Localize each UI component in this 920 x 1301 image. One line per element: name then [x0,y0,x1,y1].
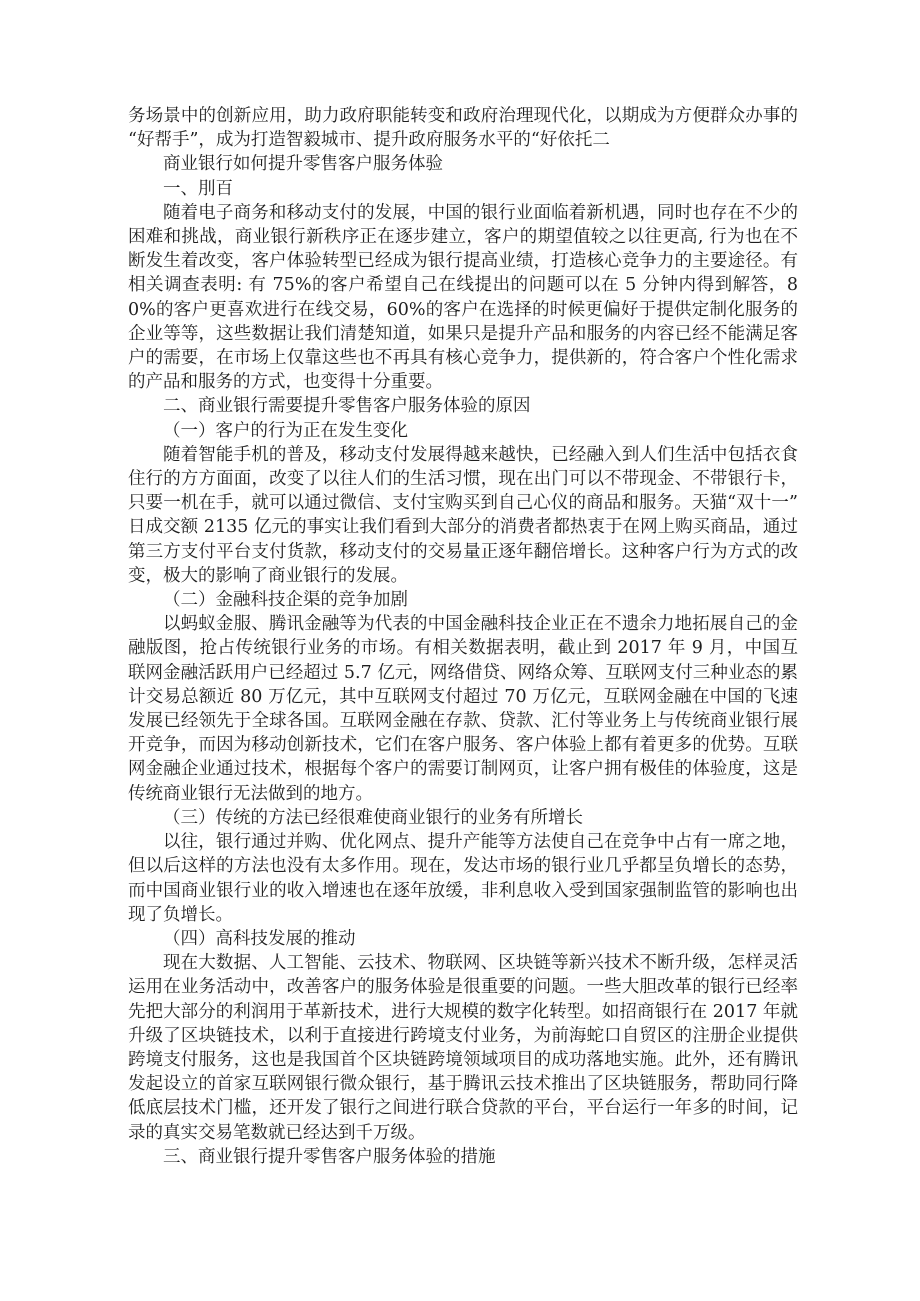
section-heading: 三、商业银行提升零售客户服务体验的措施 [128,1145,798,1169]
subsection-heading: （四）高科技发展的推动 [128,927,798,951]
section-heading: 二、商业银行需要提升零售客户服务体验的原因 [128,394,798,418]
subsection-heading: （一）客户的行为正在发生变化 [128,419,798,443]
paragraph-continuation: 务场景中的创新应用，助力政府职能转变和政府治理现代化，以期成为方便群众办事的“好… [128,104,798,152]
paragraph: 以往，银行通过并购、优化网点、提升产能等方法使自己在竞争中占有一席之地，但以后这… [128,830,798,927]
paragraph: 以蚂蚁金服、腾讯金融等为代表的中国金融科技企业正在不遗余力地拓展自己的金融版图，… [128,612,798,806]
document-title: 商业银行如何提升零售客户服务体验 [128,152,798,176]
paragraph: 随着智能手机的普及，移动支付发展得越来越快，已经融入到人们生活中包括衣食住行的方… [128,443,798,588]
paragraph: 现在大数据、人工智能、云技术、物联网、区块链等新兴技术不断升级，怎样灵活运用在业… [128,951,798,1145]
subsection-heading: （三）传统的方法已经很难使商业银行的业务有所增长 [128,806,798,830]
paragraph: 随着电子商务和移动支付的发展，中国的银行业面临着新机遇，同时也存在不少的困难和挑… [128,201,798,395]
section-heading: 一、刖百 [128,177,798,201]
document-page: 务场景中的创新应用，助力政府职能转变和政府治理现代化，以期成为方便群众办事的“好… [0,0,920,1301]
subsection-heading: （二）金融科技企渠的竞争加剧 [128,588,798,612]
